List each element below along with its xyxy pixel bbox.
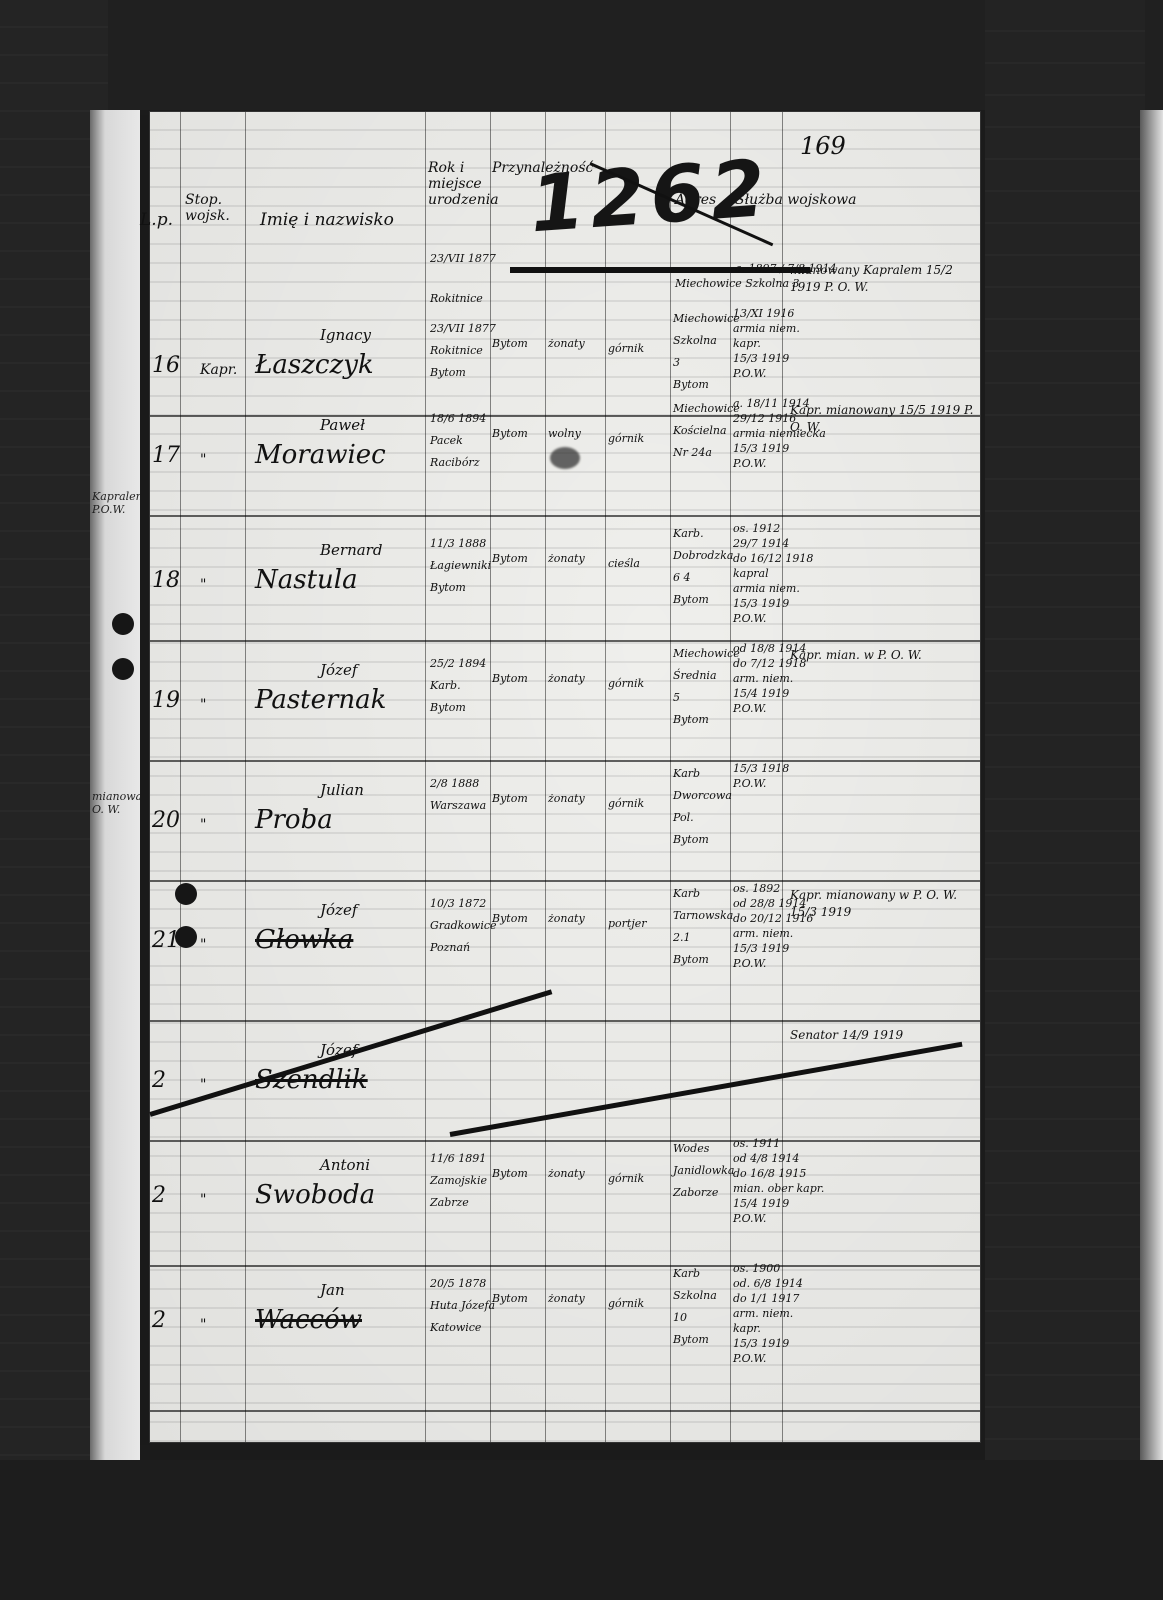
entry-remark: Kapr. mianowany 15/5 1919 P. O. W. (790, 402, 980, 436)
entry-service-line: 15/3 1919 (733, 942, 789, 955)
register-entry: 20"JulianProba2/8 1888WarszawaBytomżonat… (150, 762, 980, 882)
entry-birth-line: Huta Józefa (430, 1299, 495, 1313)
entry-residence: Bytom (492, 337, 528, 351)
entry-remark: Senator 14/9 1919 (790, 1027, 980, 1044)
entry-service-line: do 16/8 1915 (733, 1167, 806, 1180)
entry-surname: Proba (255, 812, 333, 829)
entry-birth-line: Poznań (430, 941, 470, 955)
entry-rank: " (200, 1192, 206, 1209)
row-divider (150, 515, 980, 517)
entry-address-line: Karb (673, 767, 700, 781)
entry-residence: Bytom (492, 427, 528, 441)
entry-surname: Głowka (255, 932, 353, 949)
row-divider (150, 1410, 980, 1412)
entry-address-line: Karb (673, 1267, 700, 1281)
top-remark: mianowany Kapralem 15/2 1919 P. O. W. (790, 262, 980, 296)
entry-service-line: P.O.W. (733, 777, 766, 790)
entry-surname: Łaszczyk (255, 357, 374, 374)
entry-occupation: górnik (608, 1297, 644, 1311)
entry-birth-line: 20/5 1878 (430, 1277, 486, 1291)
entry-rank: " (200, 452, 206, 469)
entry-birth-line: Bytom (430, 581, 466, 595)
adjacent-page-strip-left: Kapralem P.O.W. mianowany O. W. (90, 110, 140, 1460)
header-name: Imię i nazwisko (260, 212, 394, 228)
entry-residence: Bytom (492, 912, 528, 926)
cross-out-stroke (450, 1042, 963, 1137)
punch-hole (175, 883, 197, 905)
page-binding-edge (140, 115, 150, 1445)
entry-service-line: od. 6/8 1914 (733, 1277, 803, 1290)
entry-birth-line: Racibórz (430, 456, 480, 470)
entry-occupation: cieśla (608, 557, 640, 571)
header-birth: Rok i miejsce urodzenia (428, 160, 488, 208)
archive-number: 1262 (527, 144, 774, 251)
entry-rank: " (200, 697, 206, 714)
entry-service-line: P.O.W. (733, 1352, 766, 1365)
scan-background-right (985, 0, 1145, 1600)
entry-service-line: kapral (733, 567, 769, 580)
punch-hole (112, 613, 134, 635)
entry-service-line: 15/3 1919 (733, 442, 789, 455)
entry-service-line: P.O.W. (733, 367, 766, 380)
entry-number: 20 (152, 812, 180, 829)
entry-given-name: Antoni (320, 1157, 370, 1174)
entry-address-line: Szkolna (673, 334, 717, 348)
entry-address-line: 2.1 (673, 931, 691, 945)
entry-given-name: Bernard (320, 542, 382, 559)
entry-occupation: portjer (608, 917, 647, 931)
entry-number: 19 (152, 692, 180, 709)
entry-marital-status: żonaty (548, 672, 585, 686)
entry-address-line: 3 (673, 356, 680, 370)
entry-occupation: górnik (608, 342, 644, 356)
entry-address-line: 6 4 (673, 571, 691, 585)
entry-surname: Morawiec (255, 447, 386, 464)
entry-birth-line: 11/6 1891 (430, 1152, 486, 1166)
entry-given-name: Józef (320, 902, 357, 919)
entry-service-line: 15/4 1919 (733, 1197, 789, 1210)
ink-blot (550, 447, 580, 469)
entry-birth-line: Bytom (430, 366, 466, 380)
entry-address-line: Bytom (673, 378, 709, 392)
entry-given-name: Józef (320, 662, 357, 679)
header-rank: Stop. wojsk. (185, 192, 245, 224)
register-entry: 19"JózefPasternak25/2 1894Karb.BytomByto… (150, 642, 980, 762)
punch-hole (175, 926, 197, 948)
entry-address-line: Nr 24a (673, 446, 712, 460)
entry-residence: Bytom (492, 1167, 528, 1181)
entry-given-name: Paweł (320, 417, 365, 434)
entry-surname: Wacców (255, 1312, 362, 1329)
entry-address-line: Miechowice (673, 402, 740, 416)
entry-given-name: Julian (320, 782, 364, 799)
entry-service-line: od 4/8 1914 (733, 1152, 799, 1165)
entry-address-line: 10 (673, 1311, 687, 1325)
entry-birth-line: Bytom (430, 701, 466, 715)
entry-rank: Kapr. (200, 362, 237, 379)
entry-address-line: Szkolna (673, 1289, 717, 1303)
entry-service-line: P.O.W. (733, 457, 766, 470)
punch-hole (112, 658, 134, 680)
entry-service-line: os. 1892 (733, 882, 780, 895)
register-entry: 21"JózefGłowka10/3 1872GradkowicePoznańB… (150, 882, 980, 1022)
entry-residence: Bytom (492, 552, 528, 566)
entry-birth-line: 10/3 1872 (430, 897, 486, 911)
entry-surname: Swoboda (255, 1187, 375, 1204)
entry-marital-status: żonaty (548, 1167, 585, 1181)
entry-service-line: do 16/12 1918 (733, 552, 813, 565)
entry-service-line: kapr. (733, 1322, 761, 1335)
top-address: Miechowice Szkolna 3 (675, 277, 800, 291)
entry-occupation: górnik (608, 797, 644, 811)
entry-service-line: arm. niem. (733, 927, 793, 940)
entry-number: 17 (152, 447, 180, 464)
entry-service-line: armia niem. (733, 582, 800, 595)
entry-birth-line: Rokitnice (430, 344, 483, 358)
entry-address-line: Miechowice (673, 312, 740, 326)
entry-address-line: Bytom (673, 1333, 709, 1347)
entry-birth-line: Zamojskie (430, 1174, 487, 1188)
entry-rank: " (200, 1317, 206, 1334)
entry-address-line: Karb (673, 887, 700, 901)
entry-service-line: P.O.W. (733, 1212, 766, 1225)
top-birth-place: Rokitnice (430, 292, 483, 306)
entry-service-line: 13/XI 1916 (733, 307, 794, 320)
entry-service-line: 29/12 1916 (733, 412, 796, 425)
entry-rank: " (200, 1077, 206, 1094)
entry-address-line: Dobrodzka (673, 549, 733, 563)
register-entry: 2"JanWacców20/5 1878Huta JózefaKatowiceB… (150, 1262, 980, 1412)
register-entry: 18"BernardNastula11/3 1888ŁagiewnikiByto… (150, 522, 980, 642)
entry-service-line: kapr. (733, 337, 761, 350)
entry-occupation: górnik (608, 677, 644, 691)
entry-address-line: Bytom (673, 953, 709, 967)
entry-address-line: Dworcowa (673, 789, 732, 803)
entry-birth-line: Katowice (430, 1321, 481, 1335)
entry-given-name: Ignacy (320, 327, 371, 344)
entry-service-line: mian. ober kapr. (733, 1182, 824, 1195)
entry-rank: " (200, 577, 206, 594)
entry-service-line: os. 1911 (733, 1137, 780, 1150)
register-entry: 2"JózefSzendlikSenator 14/9 1919 (150, 1022, 980, 1142)
entry-birth-line: 23/VII 1877 (430, 322, 496, 336)
register-page: L.p. Stop. wojsk. Imię i nazwisko Rok i … (150, 112, 980, 1442)
entry-address-line: Wodes (673, 1142, 709, 1156)
entry-number: 16 (152, 357, 180, 374)
entry-service-line: 15/3 1919 (733, 352, 789, 365)
entry-birth-line: Pacek (430, 434, 463, 448)
register-entry: 2"AntoniSwoboda11/6 1891ZamojskieZabrzeB… (150, 1137, 980, 1267)
entry-residence: Bytom (492, 792, 528, 806)
adjacent-page-strip-right (1140, 110, 1163, 1460)
entry-birth-line: Łagiewniki (430, 559, 491, 573)
entry-occupation: górnik (608, 1172, 644, 1186)
entry-service-line: 15/3 1919 (733, 1337, 789, 1350)
entry-address-line: Bytom (673, 833, 709, 847)
entry-surname: Pasternak (255, 692, 386, 709)
entry-birth-line: Zabrze (430, 1196, 469, 1210)
top-birth-date: 23/VII 1877 (430, 252, 496, 266)
entry-birth-line: 18/6 1894 (430, 412, 486, 426)
entry-residence: Bytom (492, 672, 528, 686)
entry-marital-status: żonaty (548, 552, 585, 566)
entry-address-line: 5 (673, 691, 680, 705)
entry-address-line: Bytom (673, 593, 709, 607)
entry-given-name: Jan (320, 1282, 345, 1299)
entry-service-line: P.O.W. (733, 612, 766, 625)
entry-occupation: górnik (608, 432, 644, 446)
entry-service-line: do 1/1 1917 (733, 1292, 799, 1305)
entry-birth-line: Gradkowice (430, 919, 497, 933)
entry-rank: " (200, 817, 206, 834)
entry-address-line: Janidlowka (673, 1164, 734, 1178)
entry-service-line: P.O.W. (733, 957, 766, 970)
entry-birth-line: 11/3 1888 (430, 537, 486, 551)
entry-service-line: os. 1912 (733, 522, 780, 535)
entry-birth-line: Warszawa (430, 799, 486, 813)
entry-address-line: Bytom (673, 713, 709, 727)
header-nr: L.p. (140, 212, 173, 228)
entry-marital-status: żonaty (548, 1292, 585, 1306)
entry-address-line: Kościelna (673, 424, 727, 438)
entry-marital-status: żonaty (548, 792, 585, 806)
entry-service-line: 29/7 1914 (733, 537, 789, 550)
entry-remark: Kapr. mianowany w P. O. W. 15/3 1919 (790, 887, 980, 921)
entry-service-line: 15/3 1918 (733, 762, 789, 775)
entry-service-line: arm. niem. (733, 672, 793, 685)
entry-address-line: Miechowice (673, 647, 740, 661)
entry-marital-status: żonaty (548, 912, 585, 926)
page-number: 169 (800, 132, 846, 160)
entry-birth-line: Karb. (430, 679, 461, 693)
entry-address-line: Karb. (673, 527, 704, 541)
entry-residence: Bytom (492, 1292, 528, 1306)
scan-background-bottom (0, 1460, 1163, 1600)
entry-address-line: Pol. (673, 811, 694, 825)
entry-birth-line: 2/8 1888 (430, 777, 479, 791)
entry-number: 18 (152, 572, 180, 589)
entry-rank: " (200, 937, 206, 954)
entry-service-line: os. 1900 (733, 1262, 780, 1275)
entry-marital-status: żonaty (548, 337, 585, 351)
entry-surname: Nastula (255, 572, 358, 589)
entry-address-line: Zaborze (673, 1186, 718, 1200)
entry-address-line: Tarnowska (673, 909, 733, 923)
entry-service-line: 15/3 1919 (733, 597, 789, 610)
entry-marital-status: wolny (548, 427, 581, 441)
entry-remark: Kapr. mian. w P. O. W. (790, 647, 980, 664)
entry-service-line: P.O.W. (733, 702, 766, 715)
entry-service-line: arm. niem. (733, 1307, 793, 1320)
entry-service-line: armia niem. (733, 322, 800, 335)
entry-number: 2 (152, 1187, 166, 1204)
entry-number: 2 (152, 1312, 166, 1329)
entry-birth-line: 25/2 1894 (430, 657, 486, 671)
margin-note: Kapralem P.O.W. (92, 490, 146, 516)
entry-service-line: 15/4 1919 (733, 687, 789, 700)
entry-number: 2 (152, 1072, 166, 1089)
entry-address-line: Średnia (673, 669, 717, 683)
